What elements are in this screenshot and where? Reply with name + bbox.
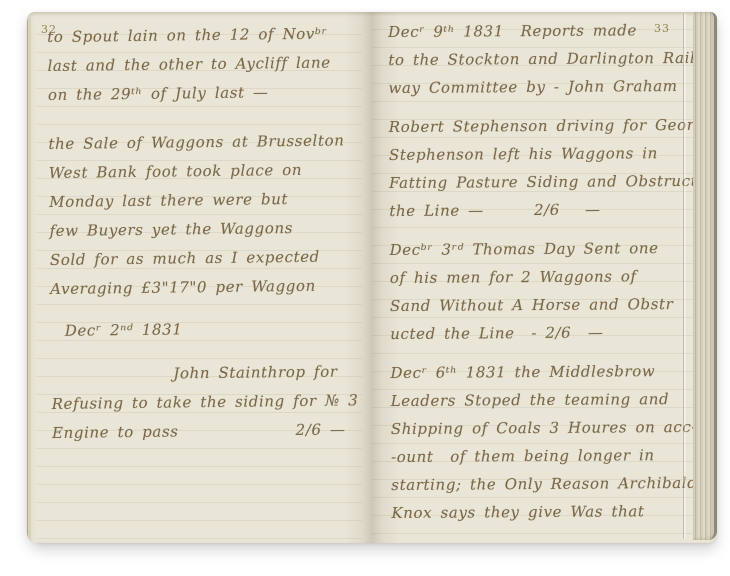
left-page-manuscript-text: to Spout lain on the 12 of Novᵇʳlast and… — [47, 19, 365, 468]
manuscript-line: Sand Without A Horse and Obstr — [390, 290, 696, 320]
manuscript-line: Shipping of Coals 3 Houres on acc- — [391, 413, 697, 443]
manuscript-line: way Committee by - John Graham — [388, 72, 694, 102]
photo-background: 32 to Spout lain on the 12 of Novᵇʳlast … — [0, 0, 730, 576]
manuscript-line: to the Stockton and Darlington Rail- — [388, 44, 694, 74]
manuscript-paragraph: to Spout lain on the 12 of Novᵇʳlast and… — [47, 19, 361, 110]
manuscript-line: Engine to pass 2/6 — — [52, 415, 365, 448]
manuscript-paragraph: Decʳ 2ⁿᵈ 1831 — [51, 313, 364, 346]
manuscript-line: Leaders Stoped the teaming and — [391, 385, 697, 415]
manuscript-line: Sold for as much as I expected — [50, 242, 363, 275]
right-page: 33 Decʳ 9ᵗʰ 1831 Reports madeto the Stoc… — [372, 12, 696, 539]
manuscript-paragraph: Robert Stephenson driving for GeorgeStep… — [389, 111, 696, 225]
right-page-manuscript-text: Decʳ 9ᵗʰ 1831 Reports madeto the Stockto… — [388, 16, 698, 538]
manuscript-line: few Buyers yet the Waggons — [49, 213, 362, 246]
manuscript-line: Robert Stephenson driving for George — [389, 111, 695, 141]
manuscript-paragraph: Decᵇʳ 3ʳᵈ Thomas Day Sent oneof his men … — [390, 234, 697, 348]
manuscript-line: Stephenson left his Waggons in — [389, 139, 695, 169]
manuscript-line: Monday last there were but — [49, 184, 362, 217]
manuscript-paragraph: Decʳ 6ᵗʰ 1831 the MiddlesbrowLeaders Sto… — [390, 357, 697, 527]
manuscript-line: Refusing to take the siding for № 3 — [51, 386, 364, 419]
manuscript-line: Averaging £3"17"0 per Waggon — [50, 271, 363, 304]
manuscript-line: last and the other to Aycliff lane — [47, 48, 360, 81]
manuscript-line: the Line — 2/6 — — [389, 195, 695, 225]
left-page-stack-edge — [27, 17, 37, 543]
manuscript-line: of his men for 2 Waggons of — [390, 262, 696, 292]
manuscript-line: West Bank foot took place on — [49, 155, 362, 188]
manuscript-line: Fatting Pasture Siding and Obstructed — [389, 167, 695, 197]
manuscript-line: Decʳ 9ᵗʰ 1831 Reports made — [388, 16, 694, 46]
manuscript-paragraph: John Stainthrop forRefusing to take the … — [51, 357, 365, 448]
manuscript-line: ucted the Line - 2/6 — — [390, 318, 696, 348]
manuscript-paragraph: Decʳ 9ᵗʰ 1831 Reports madeto the Stockto… — [388, 16, 695, 102]
manuscript-line: the Sale of Waggons at Brusselton — [48, 126, 361, 159]
manuscript-line: on the 29ᵗʰ of July last — — [48, 77, 361, 110]
manuscript-line: Decʳ 6ᵗʰ 1831 the Middlesbrow — [390, 357, 696, 387]
open-notebook: 32 to Spout lain on the 12 of Novᵇʳlast … — [27, 12, 717, 543]
manuscript-line: -ount of them being longer in — [391, 441, 697, 471]
manuscript-line: to Spout lain on the 12 of Novᵇʳ — [47, 19, 360, 52]
manuscript-line: Decᵇʳ 3ʳᵈ Thomas Day Sent one — [390, 234, 696, 264]
manuscript-line: Decʳ 2ⁿᵈ 1831 — [51, 313, 364, 346]
manuscript-line: starting; the Only Reason Archibald — [391, 469, 697, 499]
manuscript-line: Knox says they give Was that — [391, 497, 697, 527]
fore-edge-page-stack — [693, 12, 717, 540]
left-page: 32 to Spout lain on the 12 of Novᵇʳlast … — [37, 17, 362, 541]
manuscript-line: John Stainthrop for — [51, 357, 364, 390]
manuscript-paragraph: the Sale of Waggons at BrusseltonWest Ba… — [48, 126, 363, 304]
